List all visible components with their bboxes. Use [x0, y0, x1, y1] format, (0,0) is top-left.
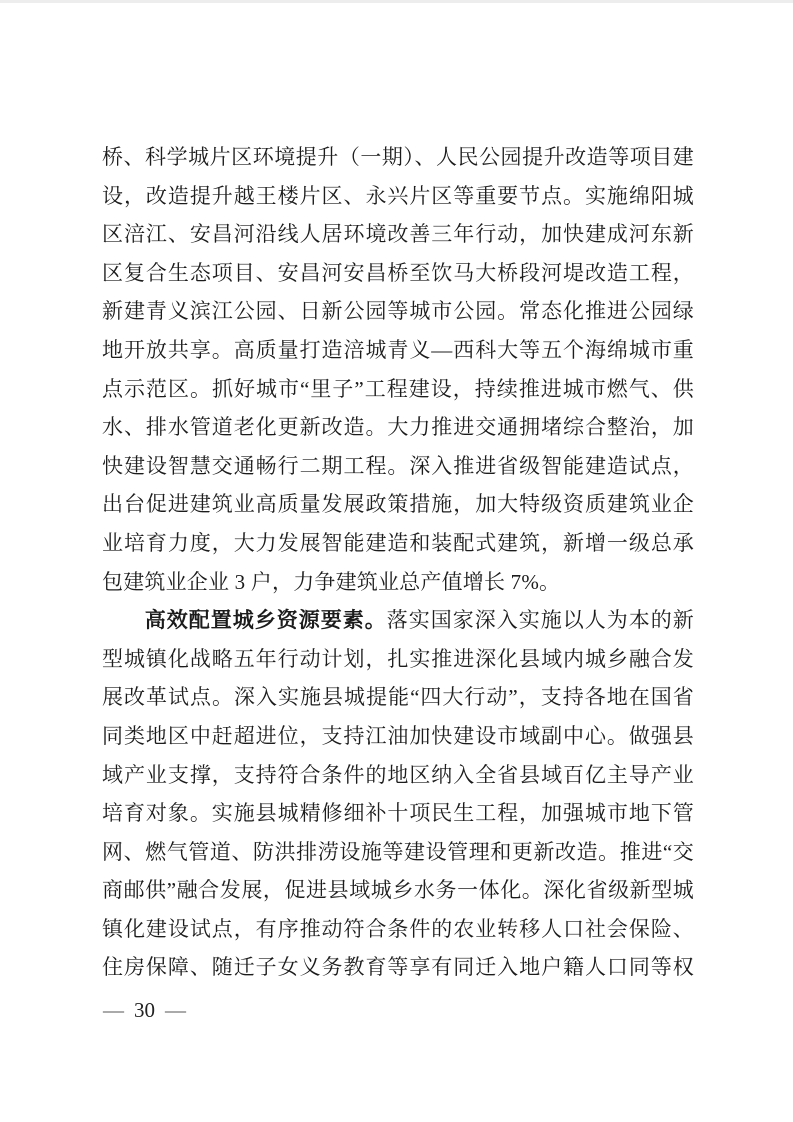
text-line: 培育对象。实施县城精修细补十项民生工程，加强城市地下管 — [102, 794, 694, 833]
text-line: 快建设智慧交通畅行二期工程。深入推进省级智能建造试点， — [102, 447, 694, 486]
text-line: 商邮供”融合发展，促进县域城乡水务一体化。深化省级新型城 — [102, 871, 694, 910]
page-number-footer: —30— — [103, 996, 186, 1024]
text-line: 域产业支撑，支持符合条件的地区纳入全省县域百亿主导产业 — [102, 756, 694, 795]
text-line: 住房保障、随迁子女义务教育等享有同迁入地户籍人口同等权 — [102, 948, 694, 987]
paragraph-lead-rest-text: 落实国家深入实施以人为本的新 — [387, 608, 694, 632]
text-line: 区复合生态项目、安昌河安昌桥至饮马大桥段河堤改造工程， — [102, 254, 694, 293]
text-line: 新建青义滨江公园、日新公园等城市公园。常态化推进公园绿 — [102, 292, 694, 331]
scan-edge-artifact — [0, 0, 793, 3]
page-number: 30 — [134, 998, 155, 1022]
text-line: 水、排水管道老化更新改造。大力推进交通拥堵综合整治，加 — [102, 408, 694, 447]
text-line: 出台促进建筑业高质量发展政策措施，加大特级资质建筑业企 — [102, 485, 694, 524]
text-line: 型城镇化战略五年行动计划，扎实推进深化县域内城乡融合发 — [102, 640, 694, 679]
text-line: 展改革试点。深入实施县城提能“四大行动”，支持各地在国省 — [102, 678, 694, 717]
paragraph-urban-construction: 桥、科学城片区环境提升（一期）、人民公园提升改造等项目建设，改造提升越王楼片区、… — [102, 138, 694, 601]
text-line: 点示范区。抓好城市“里子”工程建设，持续推进城市燃气、供 — [102, 370, 694, 409]
text-line: 桥、科学城片区环境提升（一期）、人民公园提升改造等项目建 — [102, 138, 694, 177]
body-text-block: 桥、科学城片区环境提升（一期）、人民公园提升改造等项目建设，改造提升越王楼片区、… — [102, 138, 694, 987]
paragraph-continuation-lines: 型城镇化战略五年行动计划，扎实推进深化县域内城乡融合发展改革试点。深入实施县城提… — [102, 640, 694, 987]
text-line: 地开放共享。高质量打造涪城青义—西科大等五个海绵城市重 — [102, 331, 694, 370]
text-line: 设，改造提升越王楼片区、永兴片区等重要节点。实施绵阳城 — [102, 177, 694, 216]
text-line: 网、燃气管道、防洪排涝设施等建设管理和更新改造。推进“交 — [102, 833, 694, 872]
footer-left-dash: — — [103, 998, 124, 1022]
paragraph-lead-bold-text: 高效配置城乡资源要素。 — [144, 609, 387, 632]
text-line: 包建筑业企业 3 户，力争建筑业总产值增长 7%。 — [102, 563, 694, 602]
paragraph-lead-line: 高效配置城乡资源要素。落实国家深入实施以人为本的新 — [102, 601, 694, 640]
document-page: 桥、科学城片区环境提升（一期）、人民公园提升改造等项目建设，改造提升越王楼片区、… — [0, 0, 793, 1122]
text-line: 镇化建设试点，有序推动符合条件的农业转移人口社会保险、 — [102, 910, 694, 949]
footer-right-dash: — — [165, 998, 186, 1022]
text-line: 同类地区中赶超进位，支持江油加快建设市域副中心。做强县 — [102, 717, 694, 756]
paragraph-urban-rural-resources: 高效配置城乡资源要素。落实国家深入实施以人为本的新 型城镇化战略五年行动计划，扎… — [102, 601, 694, 987]
paragraph-indent — [102, 626, 144, 627]
text-line: 业培育力度，大力发展智能建造和装配式建筑，新增一级总承 — [102, 524, 694, 563]
text-line: 区涪江、安昌河沿线人居环境改善三年行动，加快建成河东新 — [102, 215, 694, 254]
